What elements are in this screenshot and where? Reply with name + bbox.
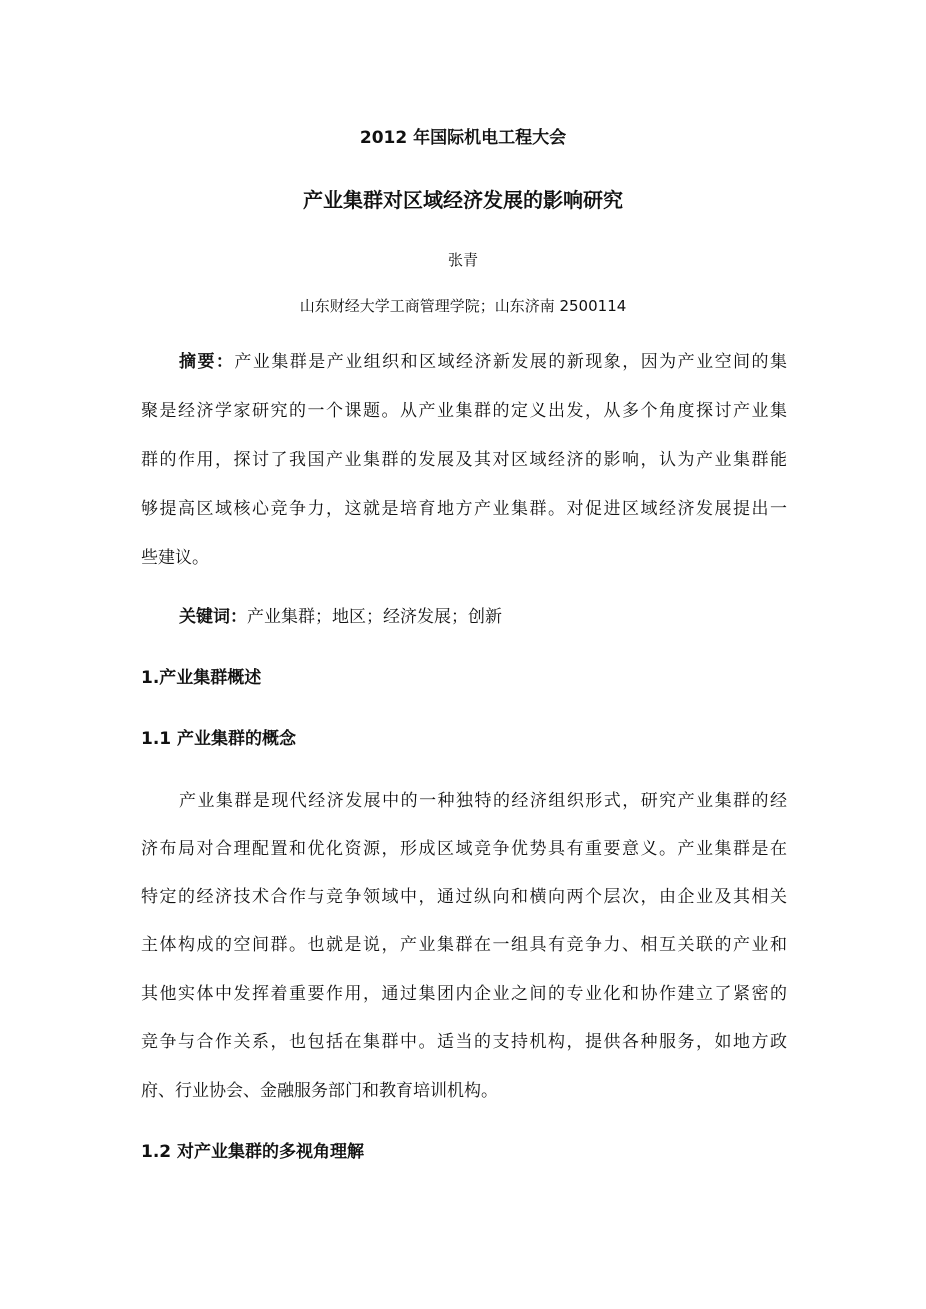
paragraph-line-7: 府、行业协会、金融服务部门和教育培训机构。: [141, 1080, 787, 1102]
section-heading-1: 1.产业集群概述: [141, 667, 261, 689]
abstract-line-2: 聚是经济学家研究的一个课题。从产业集群的定义出发，从多个角度探讨产业集: [141, 400, 787, 422]
paragraph-line-2: 济布局对合理配置和优化资源，形成区域竞争优势具有重要意义。产业集群是在: [141, 838, 787, 860]
abstract-line-5: 些建议。: [141, 547, 787, 569]
paper-title: 产业集群对区域经济发展的影响研究: [0, 187, 926, 213]
section-heading-1-1: 1.1 产业集群的概念: [141, 728, 296, 750]
paragraph-line-6: 竞争与合作关系，也包括在集群中。适当的支持机构，提供各种服务，如地方政: [141, 1031, 787, 1053]
document-page: 2012 年国际机电工程大会 产业集群对区域经济发展的影响研究 张青 山东财经大…: [0, 0, 926, 1309]
section-heading-1-2: 1.2 对产业集群的多视角理解: [141, 1141, 364, 1163]
paragraph-line-3: 特定的经济技术合作与竞争领域中，通过纵向和横向两个层次，由企业及其相关: [141, 886, 787, 908]
conference-title: 2012 年国际机电工程大会: [0, 127, 926, 149]
abstract-label: 摘要：: [179, 352, 234, 372]
keywords: 关键词：产业集群；地区；经济发展；创新: [179, 606, 502, 628]
keywords-text: 产业集群；地区；经济发展；创新: [247, 607, 502, 627]
abstract-line-1: 摘要：产业集群是产业组织和区域经济新发展的新现象，因为产业空间的集: [179, 351, 787, 373]
author-name: 张青: [0, 249, 926, 271]
abstract-line-4: 够提高区域核心竞争力，这就是培育地方产业集群。对促进区域经济发展提出一: [141, 498, 787, 520]
abstract-text: 产业集群是产业组织和区域经济新发展的新现象，因为产业空间的集: [234, 352, 787, 372]
paragraph-line-4: 主体构成的空间群。也就是说，产业集群在一组具有竞争力、相互关联的产业和: [141, 934, 787, 956]
paragraph-line-5: 其他实体中发挥着重要作用，通过集团内企业之间的专业化和协作建立了紧密的: [141, 983, 787, 1005]
author-affiliation: 山东财经大学工商管理学院；山东济南 2500114: [0, 295, 926, 317]
keywords-label: 关键词：: [179, 607, 247, 627]
abstract-line-3: 群的作用，探讨了我国产业集群的发展及其对区域经济的影响，认为产业集群能: [141, 449, 787, 471]
paragraph-line-1: 产业集群是现代经济发展中的一种独特的经济组织形式，研究产业集群的经: [179, 790, 787, 812]
